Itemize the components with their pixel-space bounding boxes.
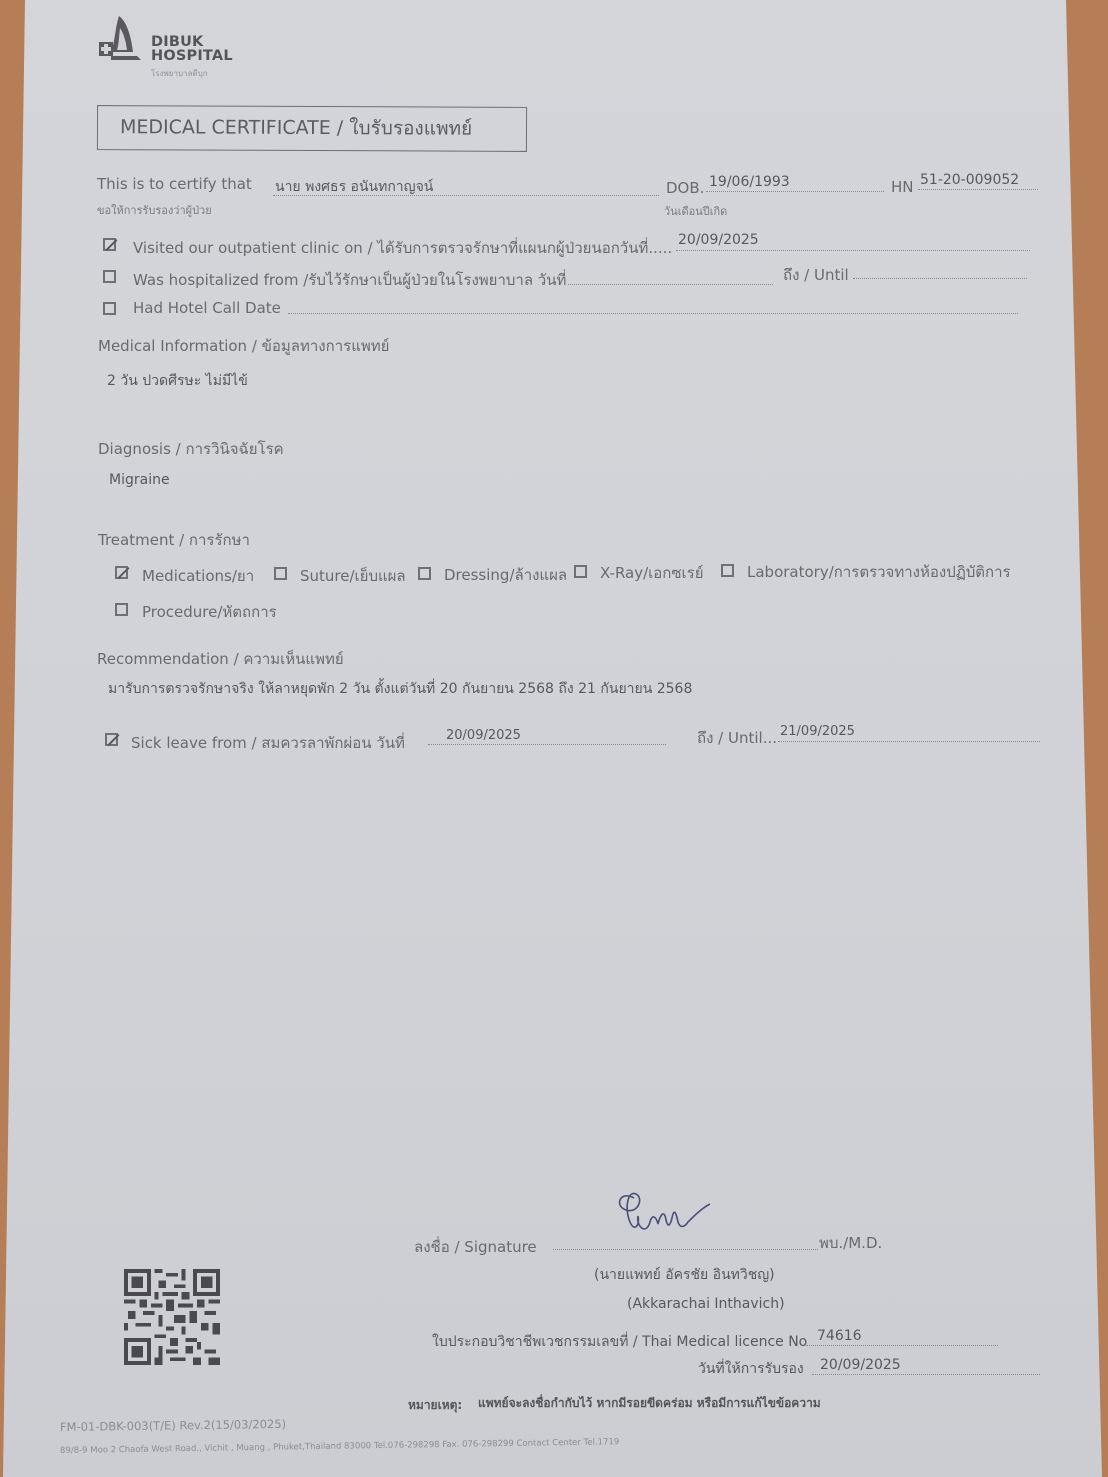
hotel-call-checkbox[interactable]: [103, 302, 116, 315]
certify-label-thai: ขอให้การรับรองว่าผู้ป่วย: [97, 201, 212, 219]
medical-information-text: 2 วัน ปวดศีรษะ ไม่มีไข้: [107, 370, 248, 392]
document-title: MEDICAL CERTIFICATE / ใบรับรองแพทย์: [97, 105, 527, 152]
hospitalized-until-label: ถึง / Until: [783, 263, 849, 287]
hospitalized-checkbox[interactable]: [103, 270, 116, 283]
diagnosis-heading: Diagnosis / การวินิจฉัยโรค: [98, 437, 284, 461]
dressing-label: Dressing/ล้างแผล: [444, 563, 567, 587]
medical-information-heading: Medical Information / ข้อมูลทางการแพทย์: [98, 334, 389, 358]
medications-label: Medications/ยา: [142, 564, 254, 588]
hospitalized-label: Was hospitalized from /รับไว้รักษาเป็นผู…: [133, 268, 566, 292]
dob-label-thai: วันเดือนปีเกิด: [664, 202, 727, 220]
outpatient-checkbox[interactable]: [103, 238, 116, 251]
signature-scribble-icon: [610, 1186, 740, 1256]
dressing-checkbox[interactable]: [418, 567, 431, 580]
sick-leave-until-label: ถึง / Until...: [697, 726, 777, 750]
cert-date-label: วันที่ให้การรับรอง: [698, 1358, 804, 1380]
cert-date: 20/09/2025: [820, 1357, 901, 1373]
note-text: แพทย์จะลงชื่อกำกับไว้ หากมีรอยขีดคร่อม ห…: [478, 1394, 821, 1413]
dob-value: 19/06/1993: [709, 174, 790, 190]
xray-checkbox[interactable]: [574, 565, 587, 578]
sick-leave-checkbox[interactable]: [105, 733, 118, 746]
treatment-heading: Treatment / การรักษา: [98, 528, 250, 552]
hospital-name-thai: โรงพยาบาลดีบุก: [151, 67, 208, 80]
laboratory-checkbox[interactable]: [721, 564, 734, 577]
certify-label: This is to certify that: [97, 175, 252, 193]
sick-leave-from: 20/09/2025: [446, 728, 521, 743]
doctor-name-en: (Akkarachai Inthavich): [627, 1296, 785, 1312]
outpatient-label: Visited our outpatient clinic on / ได้รั…: [133, 236, 672, 260]
recommendation-heading: Recommendation / ความเห็นแพทย์: [97, 647, 344, 671]
hospital-logo-icon: [97, 12, 149, 64]
recommendation-text: มารับการตรวจรักษาจริง ให้ลาหยุดพัก 2 วัน…: [108, 678, 692, 700]
sick-leave-label: Sick leave from / สมควรลาพักผ่อน วันที่: [131, 731, 405, 755]
laboratory-label: Laboratory/การตรวจทางห้องปฏิบัติการ: [747, 560, 1011, 584]
signature-label: ลงชื่อ / Signature: [414, 1235, 537, 1259]
procedure-label: Procedure/หัตถการ: [142, 600, 277, 624]
suture-label: Suture/เย็บแผล: [300, 564, 406, 588]
medications-checkbox[interactable]: [115, 566, 128, 579]
hotel-call-label: Had Hotel Call Date: [133, 299, 281, 317]
hn-value: 51-20-009052: [920, 172, 1019, 188]
note-label: หมายเหตุ:: [408, 1396, 462, 1415]
qr-code-icon: [124, 1269, 220, 1365]
dob-label: DOB.: [666, 179, 704, 197]
md-suffix: พบ./M.D.: [819, 1231, 882, 1255]
hn-label: HN: [891, 178, 914, 196]
form-code: FM-01-DBK-003(T/E) Rev.2(15/03/2025): [60, 1417, 286, 1434]
medical-certificate-paper: DIBUK HOSPITAL โรงพยาบาลดีบุก MEDICAL CE…: [0, 0, 1108, 1477]
outpatient-date: 20/09/2025: [678, 232, 759, 248]
xray-label: X-Ray/เอกซเรย์: [600, 561, 704, 585]
hospital-name: DIBUK HOSPITAL: [151, 35, 233, 63]
footer-address: 89/8-9 Moo 2 Chaofa West Road., Vichit ,…: [60, 1437, 619, 1456]
licence-number: 74616: [817, 1328, 862, 1344]
procedure-checkbox[interactable]: [115, 603, 128, 616]
licence-label: ใบประกอบวิชาชีพเวชกรรมเลขที่ / Thai Medi…: [432, 1331, 807, 1353]
sick-leave-until: 21/09/2025: [780, 724, 855, 739]
doctor-name-thai: (นายแพทย์ อัครชัย อินทวิชญ): [594, 1264, 775, 1286]
diagnosis-text: Migraine: [109, 472, 170, 488]
suture-checkbox[interactable]: [274, 567, 287, 580]
